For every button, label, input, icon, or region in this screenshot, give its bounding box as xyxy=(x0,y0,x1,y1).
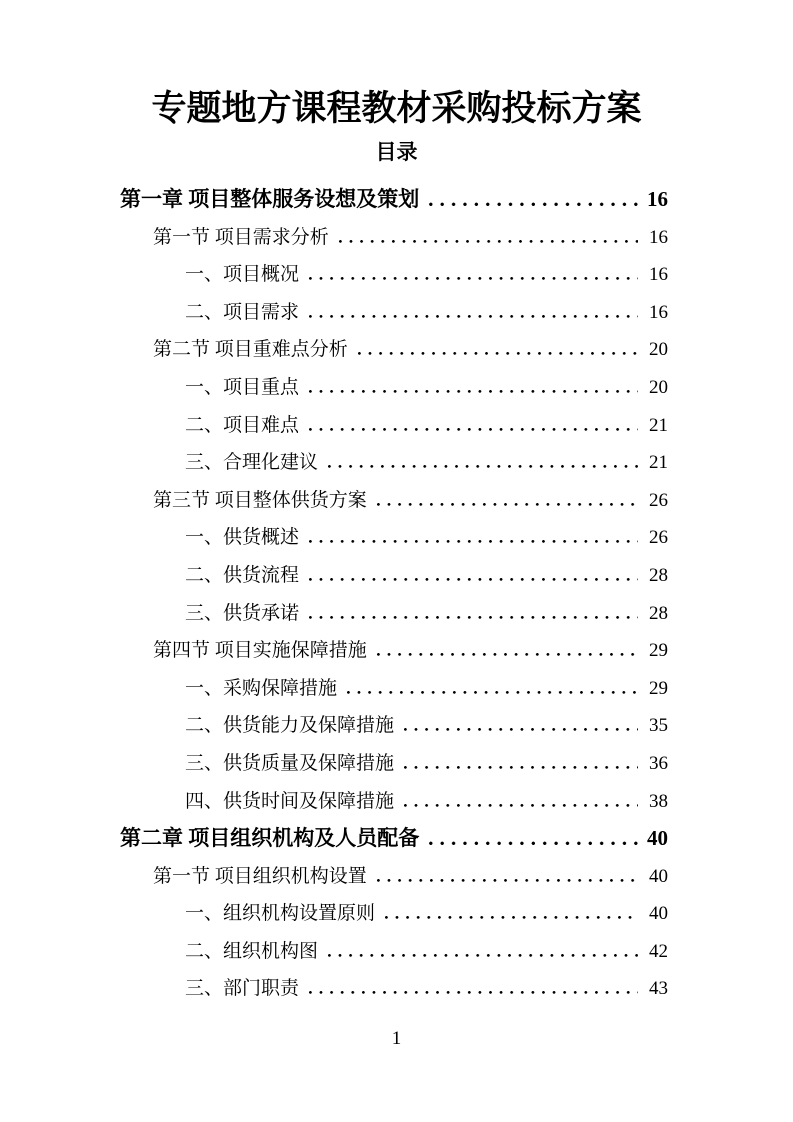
toc-entry-item[interactable]: 三、合理化建议 21 xyxy=(120,444,668,482)
toc-dot-leader xyxy=(309,389,638,393)
toc-entry-label: 一、供货概述 xyxy=(185,519,299,557)
toc-entry-page: 16 xyxy=(646,294,668,332)
toc-entry-label: 一、组织机构设置原则 xyxy=(185,895,375,933)
toc-dot-leader xyxy=(377,502,638,506)
toc-entry-label: 第二节 项目重难点分析 xyxy=(153,331,348,369)
toc-entry-page: 21 xyxy=(646,407,668,445)
toc-entry-section[interactable]: 第三节 项目整体供货方案 26 xyxy=(120,482,668,520)
toc-entry-item[interactable]: 一、项目概况 16 xyxy=(120,256,668,294)
toc-dot-leader xyxy=(309,276,638,280)
toc-entry-label: 二、供货能力及保障措施 xyxy=(185,707,394,745)
toc-entry-page: 28 xyxy=(646,595,668,633)
toc-entry-item[interactable]: 三、供货承诺 28 xyxy=(120,595,668,633)
toc-dot-leader xyxy=(385,915,638,919)
toc-dot-leader xyxy=(309,427,638,431)
toc-dot-leader xyxy=(309,577,638,581)
toc-dot-leader xyxy=(358,351,638,355)
toc-entry-label: 第三节 项目整体供货方案 xyxy=(153,482,367,520)
page-number: 1 xyxy=(0,1026,793,1052)
toc-entry-page: 40 xyxy=(646,820,668,858)
toc-entry-item[interactable]: 一、采购保障措施 29 xyxy=(120,670,668,708)
toc-entry-item[interactable]: 三、部门职责 43 xyxy=(120,970,668,1008)
toc-entry-item[interactable]: 二、供货能力及保障措施 35 xyxy=(120,707,668,745)
toc-list: 第一章 项目整体服务设想及策划 16 第一节 项目需求分析 16 一、项目概况 … xyxy=(120,181,668,1008)
toc-entry-page: 20 xyxy=(646,331,668,369)
toc-dot-leader xyxy=(429,841,638,845)
toc-entry-page: 16 xyxy=(646,256,668,294)
toc-entry-label: 四、供货时间及保障措施 xyxy=(185,783,394,821)
toc-entry-label: 二、项目难点 xyxy=(185,407,299,445)
toc-entry-label: 三、供货质量及保障措施 xyxy=(185,745,394,783)
toc-entry-section[interactable]: 第二节 项目重难点分析 20 xyxy=(120,331,668,369)
toc-dot-leader xyxy=(404,803,638,807)
toc-dot-leader xyxy=(377,878,638,882)
toc-entry-item[interactable]: 一、项目重点 20 xyxy=(120,369,668,407)
toc-dot-leader xyxy=(328,953,638,957)
toc-entry-page: 43 xyxy=(646,970,668,1008)
toc-entry-label: 二、组织机构图 xyxy=(185,933,318,971)
document-page: 专题地方课程教材采购投标方案 目录 第一章 项目整体服务设想及策划 16 第一节… xyxy=(0,0,793,1122)
toc-entry-page: 29 xyxy=(646,670,668,708)
toc-dot-leader xyxy=(309,615,638,619)
toc-entry-section[interactable]: 第一节 项目需求分析 16 xyxy=(120,219,668,257)
toc-dot-leader xyxy=(377,652,638,656)
toc-entry-label: 三、合理化建议 xyxy=(185,444,318,482)
toc-entry-page: 42 xyxy=(646,933,668,971)
toc-entry-label: 第四节 项目实施保障措施 xyxy=(153,632,367,670)
toc-dot-leader xyxy=(347,690,638,694)
toc-dot-leader xyxy=(429,202,638,206)
toc-entry-page: 35 xyxy=(646,707,668,745)
toc-entry-page: 40 xyxy=(646,858,668,896)
toc-entry-page: 29 xyxy=(646,632,668,670)
toc-dot-leader xyxy=(339,239,638,243)
toc-entry-label: 一、采购保障措施 xyxy=(185,670,337,708)
toc-entry-label: 第一章 项目整体服务设想及策划 xyxy=(120,181,419,219)
toc-entry-page: 21 xyxy=(646,444,668,482)
toc-entry-label: 第一节 项目组织机构设置 xyxy=(153,858,367,896)
toc-dot-leader xyxy=(309,539,638,543)
toc-entry-chapter[interactable]: 第二章 项目组织机构及人员配备 40 xyxy=(120,820,668,858)
toc-entry-section[interactable]: 第四节 项目实施保障措施 29 xyxy=(120,632,668,670)
document-title: 专题地方课程教材采购投标方案 xyxy=(0,84,793,134)
toc-entry-page: 20 xyxy=(646,369,668,407)
toc-entry-page: 28 xyxy=(646,557,668,595)
toc-entry-label: 第二章 项目组织机构及人员配备 xyxy=(120,820,419,858)
toc-entry-page: 38 xyxy=(646,783,668,821)
toc-entry-section[interactable]: 第一节 项目组织机构设置 40 xyxy=(120,858,668,896)
toc-entry-item[interactable]: 二、组织机构图 42 xyxy=(120,933,668,971)
toc-entry-page: 36 xyxy=(646,745,668,783)
toc-dot-leader xyxy=(309,990,638,994)
toc-entry-item[interactable]: 二、项目难点 21 xyxy=(120,407,668,445)
toc-entry-page: 26 xyxy=(646,482,668,520)
toc-entry-label: 三、部门职责 xyxy=(185,970,299,1008)
toc-entry-label: 三、供货承诺 xyxy=(185,595,299,633)
toc-heading: 目录 xyxy=(0,138,793,166)
toc-dot-leader xyxy=(309,314,638,318)
toc-entry-item[interactable]: 二、项目需求 16 xyxy=(120,294,668,332)
toc-entry-item[interactable]: 三、供货质量及保障措施 36 xyxy=(120,745,668,783)
toc-entry-chapter[interactable]: 第一章 项目整体服务设想及策划 16 xyxy=(120,181,668,219)
toc-entry-page: 40 xyxy=(646,895,668,933)
toc-entry-page: 16 xyxy=(646,219,668,257)
toc-dot-leader xyxy=(328,464,638,468)
toc-entry-label: 一、项目概况 xyxy=(185,256,299,294)
toc-entry-item[interactable]: 四、供货时间及保障措施 38 xyxy=(120,783,668,821)
toc-entry-item[interactable]: 一、组织机构设置原则 40 xyxy=(120,895,668,933)
toc-entry-page: 26 xyxy=(646,519,668,557)
toc-entry-item[interactable]: 一、供货概述 26 xyxy=(120,519,668,557)
toc-dot-leader xyxy=(404,727,638,731)
toc-entry-label: 二、供货流程 xyxy=(185,557,299,595)
toc-entry-label: 第一节 项目需求分析 xyxy=(153,219,329,257)
toc-entry-page: 16 xyxy=(646,181,668,219)
toc-entry-label: 一、项目重点 xyxy=(185,369,299,407)
toc-dot-leader xyxy=(404,765,638,769)
toc-entry-label: 二、项目需求 xyxy=(185,294,299,332)
toc-entry-item[interactable]: 二、供货流程 28 xyxy=(120,557,668,595)
